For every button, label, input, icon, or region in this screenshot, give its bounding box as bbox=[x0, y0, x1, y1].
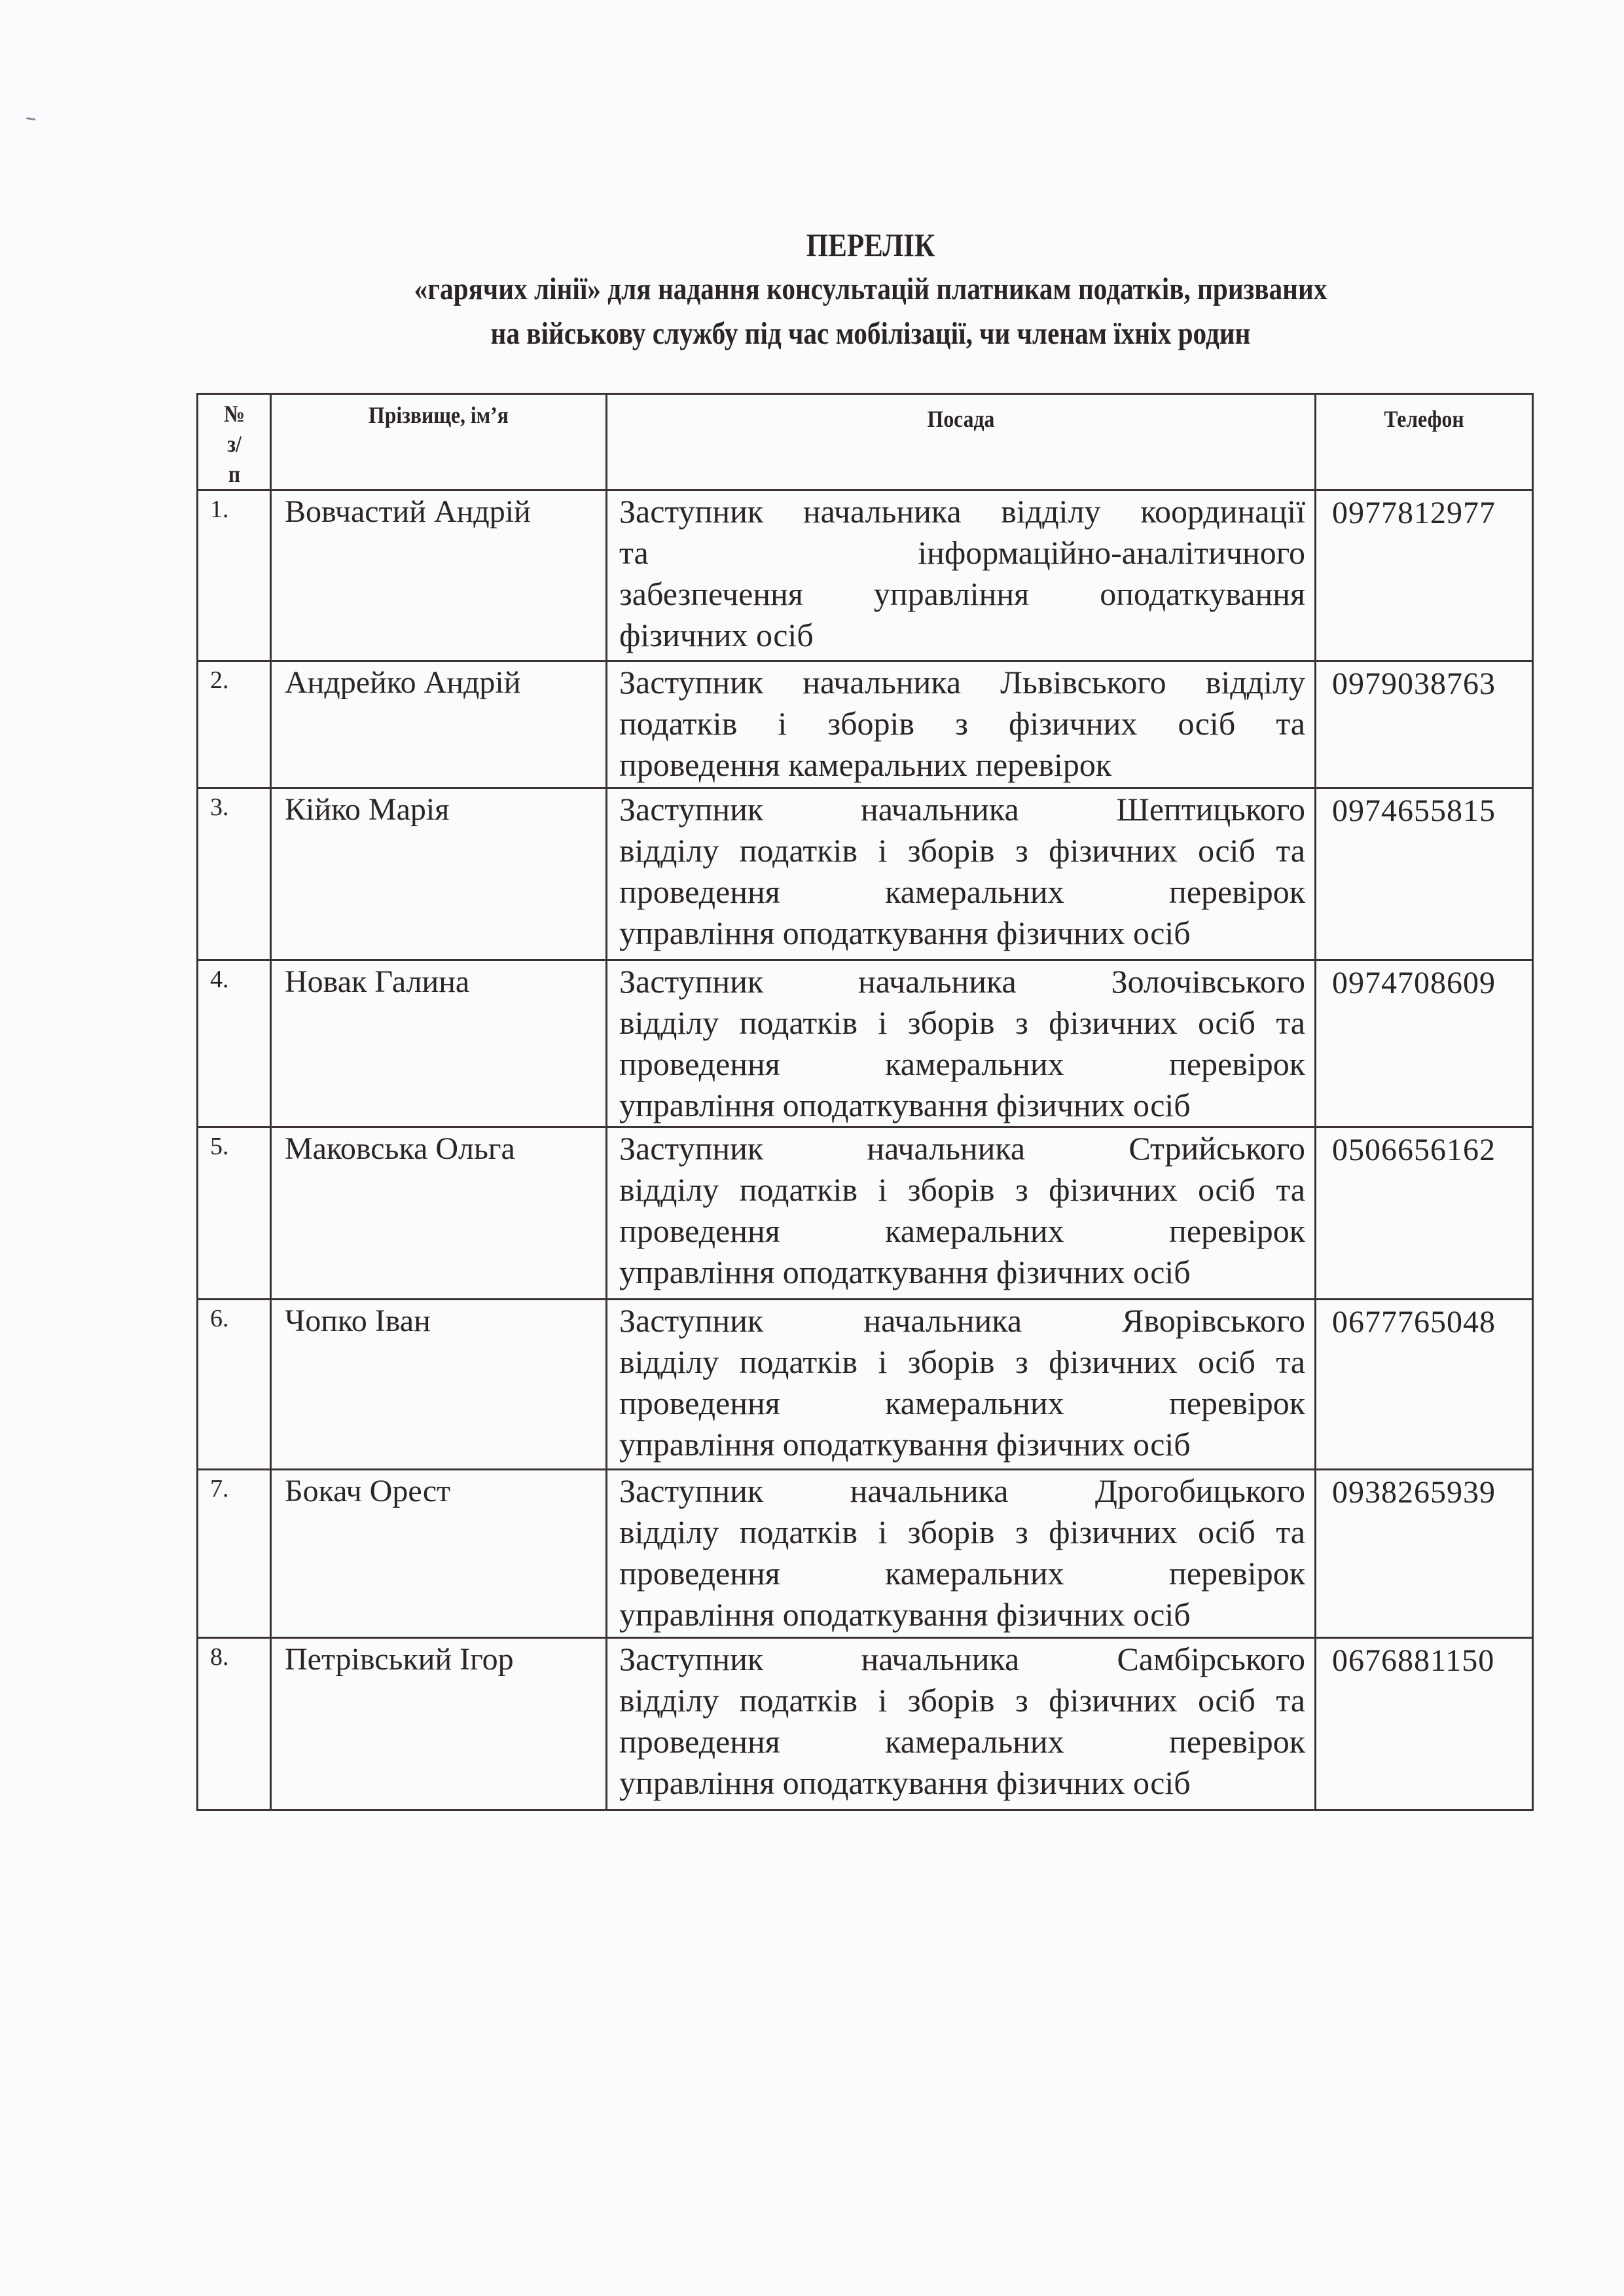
employee-position-cell: Заступник начальника Яворівськоговідділу… bbox=[607, 1300, 1316, 1470]
employee-position: Заступник начальника Яворівськоговідділу… bbox=[607, 1300, 1314, 1465]
row-number: 3. bbox=[198, 789, 270, 824]
row-number: 1. bbox=[198, 491, 270, 526]
position-line: відділу податків і зборів з фізичних осі… bbox=[619, 1341, 1305, 1383]
position-line: управління оподаткування фізичних осіб bbox=[619, 1762, 1305, 1804]
position-line: відділу податків і зборів з фізичних осі… bbox=[619, 1680, 1305, 1721]
phone-number: 0938265939 bbox=[1316, 1470, 1532, 1512]
employee-position: Заступник начальника Львівського відділу… bbox=[607, 662, 1314, 786]
employee-name-cell: Андрейко Андрій bbox=[271, 661, 607, 788]
employee-position-cell: Заступник начальника відділу координації… bbox=[607, 490, 1316, 661]
document-subtitle-line-2: на військову службу під час мобілізації,… bbox=[291, 312, 1451, 356]
phone-number: 0677765048 bbox=[1316, 1300, 1532, 1342]
position-line: Заступник начальника Самбірського bbox=[619, 1639, 1305, 1680]
position-line: відділу податків і зборів з фізичних осі… bbox=[619, 1512, 1305, 1553]
hotlines-table: № з/п Прізвище, ім’я Посада Телефон 1.Во… bbox=[196, 393, 1534, 1811]
column-header-phone-label: Телефон bbox=[1329, 395, 1519, 434]
employee-position-cell: Заступник начальника Золочівськоговідділ… bbox=[607, 960, 1316, 1127]
row-number-cell: 5. bbox=[198, 1127, 271, 1300]
position-line: Заступник начальника Львівського відділу bbox=[619, 662, 1305, 703]
employee-position-cell: Заступник начальника Шептицькоговідділу … bbox=[607, 788, 1316, 960]
position-line: проведення камеральних перевірок bbox=[619, 1044, 1305, 1085]
position-line: управління оподаткування фізичних осіб bbox=[619, 1594, 1305, 1635]
employee-name: Вовчастий Андрій bbox=[272, 491, 605, 532]
employee-name-cell: Чопко Іван bbox=[271, 1300, 607, 1470]
position-line: відділу податків і зборів з фізичних осі… bbox=[619, 1169, 1305, 1211]
employee-name-cell: Маковська Ольга bbox=[271, 1127, 607, 1300]
position-line: відділу податків і зборів з фізичних осі… bbox=[619, 830, 1305, 871]
position-line: управління оподаткування фізичних осіб bbox=[619, 913, 1305, 954]
row-number-cell: 6. bbox=[198, 1300, 271, 1470]
position-line: забезпечення управління оподаткування bbox=[619, 574, 1305, 615]
position-line: Заступник начальника відділу координації bbox=[619, 491, 1305, 532]
row-number: 6. bbox=[198, 1300, 270, 1336]
phone-number: 0974655815 bbox=[1316, 789, 1532, 831]
employee-position-cell: Заступник начальника Стрийськоговідділу … bbox=[607, 1127, 1316, 1300]
column-header-phone: Телефон bbox=[1316, 394, 1533, 490]
phone-number: 0979038763 bbox=[1316, 662, 1532, 704]
column-header-number: № з/п bbox=[198, 394, 271, 490]
position-line: та інформаційно-аналітичного bbox=[619, 532, 1305, 574]
position-line: Заступник начальника Дрогобицького bbox=[619, 1470, 1305, 1512]
row-number-cell: 3. bbox=[198, 788, 271, 960]
position-line: Заступник начальника Золочівського bbox=[619, 961, 1305, 1002]
employee-name-cell: Петрівський Ігор bbox=[271, 1638, 607, 1810]
column-header-position-label: Посада bbox=[650, 395, 1272, 434]
phone-number-cell: 0676881150 bbox=[1316, 1638, 1533, 1810]
row-number: 2. bbox=[198, 662, 270, 697]
employee-name: Новак Галина bbox=[272, 961, 605, 1002]
position-line: проведення камеральних перевірок bbox=[619, 1553, 1305, 1594]
table-header-row: № з/п Прізвище, ім’я Посада Телефон bbox=[198, 394, 1533, 490]
employee-position: Заступник начальника Дрогобицькоговідділ… bbox=[607, 1470, 1314, 1635]
table-row: 8.Петрівський ІгорЗаступник начальника С… bbox=[198, 1638, 1533, 1810]
position-line: проведення камеральних перевірок bbox=[619, 1721, 1305, 1762]
row-number-cell: 8. bbox=[198, 1638, 271, 1810]
position-line: управління оподаткування фізичних осіб bbox=[619, 1085, 1305, 1126]
position-line: Заступник начальника Яворівського bbox=[619, 1300, 1305, 1341]
employee-position: Заступник начальника відділу координації… bbox=[607, 491, 1314, 656]
phone-number: 0506656162 bbox=[1316, 1128, 1532, 1170]
row-number: 4. bbox=[198, 961, 270, 996]
phone-number-cell: 0977812977 bbox=[1316, 490, 1533, 661]
employee-name-cell: Бокач Орест bbox=[271, 1470, 607, 1638]
employee-name: Маковська Ольга bbox=[272, 1128, 605, 1169]
employee-position: Заступник начальника Золочівськоговідділ… bbox=[607, 961, 1314, 1126]
position-line: фізичних осіб bbox=[619, 615, 1305, 656]
row-number: 8. bbox=[198, 1639, 270, 1674]
employee-position: Заступник начальника Стрийськоговідділу … bbox=[607, 1128, 1314, 1293]
row-number: 7. bbox=[198, 1470, 270, 1506]
column-header-name: Прізвище, ім’я bbox=[271, 394, 607, 490]
column-header-name-label: Прізвище, ім’я bbox=[292, 395, 586, 430]
position-line: Заступник начальника Шептицького bbox=[619, 789, 1305, 830]
column-header-position: Посада bbox=[607, 394, 1316, 490]
scan-artifact bbox=[26, 117, 35, 120]
table-row: 6.Чопко ІванЗаступник начальника Яворівс… bbox=[198, 1300, 1533, 1470]
employee-position-cell: Заступник начальника Дрогобицькоговідділ… bbox=[607, 1470, 1316, 1638]
employee-position: Заступник начальника Шептицькоговідділу … bbox=[607, 789, 1314, 954]
table-row: 1.Вовчастий АндрійЗаступник начальника в… bbox=[198, 490, 1533, 661]
document-heading: ПЕРЕЛІК «гарячих лінії» для надання конс… bbox=[196, 223, 1545, 356]
employee-position-cell: Заступник начальника Самбірськоговідділу… bbox=[607, 1638, 1316, 1810]
document-subtitle-line-1: «гарячих лінії» для надання консультацій… bbox=[291, 267, 1451, 312]
phone-number-cell: 0938265939 bbox=[1316, 1470, 1533, 1638]
table-row: 7.Бокач ОрестЗаступник начальника Дрогоб… bbox=[198, 1470, 1533, 1638]
phone-number-cell: 0677765048 bbox=[1316, 1300, 1533, 1470]
phone-number-cell: 0974708609 bbox=[1316, 960, 1533, 1127]
position-line: управління оподаткування фізичних осіб bbox=[619, 1424, 1305, 1465]
phone-number-cell: 0979038763 bbox=[1316, 661, 1533, 788]
employee-name: Бокач Орест bbox=[272, 1470, 605, 1511]
phone-number-cell: 0506656162 bbox=[1316, 1127, 1533, 1300]
column-header-number-label: № з/п bbox=[223, 395, 245, 489]
row-number-cell: 2. bbox=[198, 661, 271, 788]
position-line: проведення камеральних перевірок bbox=[619, 871, 1305, 913]
position-line: відділу податків і зборів з фізичних осі… bbox=[619, 1002, 1305, 1044]
employee-name-cell: Вовчастий Андрій bbox=[271, 490, 607, 661]
position-line: управління оподаткування фізичних осіб bbox=[619, 1252, 1305, 1293]
position-line: проведення камеральних перевірок bbox=[619, 1211, 1305, 1252]
table-row: 2.Андрейко АндрійЗаступник начальника Ль… bbox=[198, 661, 1533, 788]
phone-number: 0676881150 bbox=[1316, 1639, 1532, 1681]
employee-name: Петрівський Ігор bbox=[272, 1639, 605, 1679]
position-line: Заступник начальника Стрийського bbox=[619, 1128, 1305, 1169]
table-row: 4.Новак ГалинаЗаступник начальника Золоч… bbox=[198, 960, 1533, 1127]
employee-name-cell: Новак Галина bbox=[271, 960, 607, 1127]
employee-name: Кійко Марія bbox=[272, 789, 605, 829]
position-line: проведення камеральних перевірок bbox=[619, 1383, 1305, 1424]
employee-name-cell: Кійко Марія bbox=[271, 788, 607, 960]
employee-position-cell: Заступник начальника Львівського відділу… bbox=[607, 661, 1316, 788]
table-row: 3.Кійко МаріяЗаступник начальника Шептиц… bbox=[198, 788, 1533, 960]
row-number-cell: 4. bbox=[198, 960, 271, 1127]
row-number: 5. bbox=[198, 1128, 270, 1163]
phone-number: 0974708609 bbox=[1316, 961, 1532, 1003]
row-number-cell: 7. bbox=[198, 1470, 271, 1638]
employee-name: Чопко Іван bbox=[272, 1300, 605, 1341]
phone-number: 0977812977 bbox=[1316, 491, 1532, 533]
document-title: ПЕРЕЛІК bbox=[291, 223, 1451, 267]
position-line: проведення камеральних перевірок bbox=[619, 744, 1305, 786]
row-number-cell: 1. bbox=[198, 490, 271, 661]
employee-position: Заступник начальника Самбірськоговідділу… bbox=[607, 1639, 1314, 1804]
phone-number-cell: 0974655815 bbox=[1316, 788, 1533, 960]
position-line: податків і зборів з фізичних осіб та bbox=[619, 703, 1305, 744]
employee-name: Андрейко Андрій bbox=[272, 662, 605, 702]
table-row: 5.Маковська ОльгаЗаступник начальника Ст… bbox=[198, 1127, 1533, 1300]
